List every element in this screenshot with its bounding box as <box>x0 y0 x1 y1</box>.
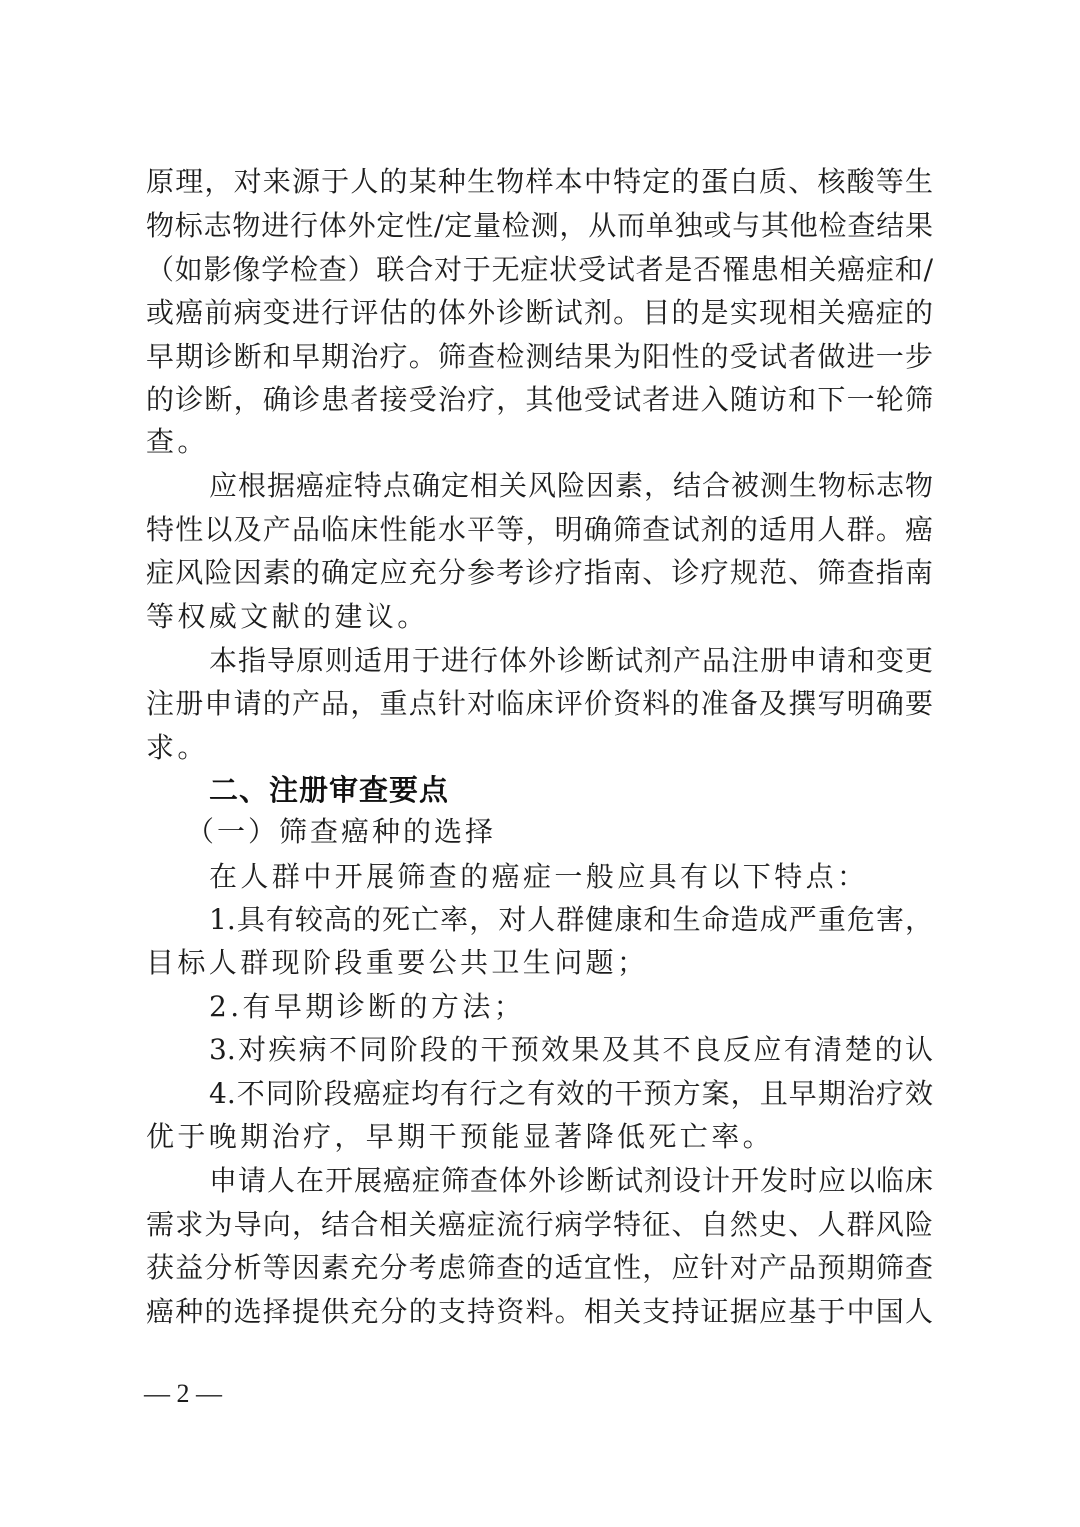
text-line-7: 查。 <box>146 420 933 464</box>
text-line-17: 在人群中开展筛查的癌症一般应具有以下特点： <box>209 855 933 899</box>
list-item-1: 1.具有较高的死亡率，对人群健康和生命造成严重危害，是 <box>209 898 933 942</box>
page-number: — 2 — <box>144 1376 222 1412</box>
subsection-heading: （一）筛查癌种的选择 <box>186 810 496 854</box>
text-line-27: 癌种的选择提供充分的支持资料。相关支持证据应基于中国人 <box>146 1290 933 1334</box>
text-line-24: 申请人在开展癌症筛查体外诊断试剂设计开发时应以临床 <box>209 1159 933 1203</box>
text-line-5: 早期诊断和早期治疗。筛查检测结果为阳性的受试者做进一步 <box>146 335 933 379</box>
text-line-13: 注册申请的产品，重点针对临床评价资料的准备及撰写明确要 <box>146 682 933 726</box>
text-line-9: 特性以及产品临床性能水平等，明确筛查试剂的适用人群。癌 <box>146 508 933 552</box>
text-line-4: 或癌前病变进行评估的体外诊断试剂。目的是实现相关癌症的 <box>146 291 933 335</box>
list-item-3: 3.对疾病不同阶段的干预效果及其不良反应有清楚的认识； <box>209 1028 933 1072</box>
text-line-26: 获益分析等因素充分考虑筛查的适宜性，应针对产品预期筛查 <box>146 1246 933 1290</box>
text-line-25: 需求为导向，结合相关癌症流行病学特征、自然史、人群风险 <box>146 1203 933 1247</box>
list-item-4-continued: 优于晚期治疗，早期干预能显著降低死亡率。 <box>146 1115 933 1159</box>
list-item-1-continued: 目标人群现阶段重要公共卫生问题； <box>146 941 933 985</box>
text-line-2: 物标志物进行体外定性/定量检测，从而单独或与其他检查结果 <box>146 204 933 248</box>
text-line-3: （如影像学检查）联合对于无症状受试者是否罹患相关癌症和/ <box>146 248 933 292</box>
text-line-1: 原理，对来源于人的某种生物样本中特定的蛋白质、核酸等生 <box>146 160 933 204</box>
list-item-2: 2.有早期诊断的方法； <box>209 985 933 1029</box>
document-page: 原理，对来源于人的某种生物样本中特定的蛋白质、核酸等生 物标志物进行体外定性/定… <box>0 0 1080 1527</box>
section-heading: 二、注册审查要点 <box>209 768 933 812</box>
text-line-14: 求。 <box>146 726 933 770</box>
text-line-11: 等权威文献的建议。 <box>146 595 933 639</box>
text-line-12: 本指导原则适用于进行体外诊断试剂产品注册申请和变更 <box>209 639 933 683</box>
text-line-10: 症风险因素的确定应充分参考诊疗指南、诊疗规范、筛查指南 <box>146 551 933 595</box>
list-item-4: 4.不同阶段癌症均有行之有效的干预方案，且早期治疗效果 <box>209 1072 933 1116</box>
text-line-8: 应根据癌症特点确定相关风险因素，结合被测生物标志物 <box>209 464 933 508</box>
text-line-6: 的诊断，确诊患者接受治疗，其他受试者进入随访和下一轮筛 <box>146 378 933 422</box>
